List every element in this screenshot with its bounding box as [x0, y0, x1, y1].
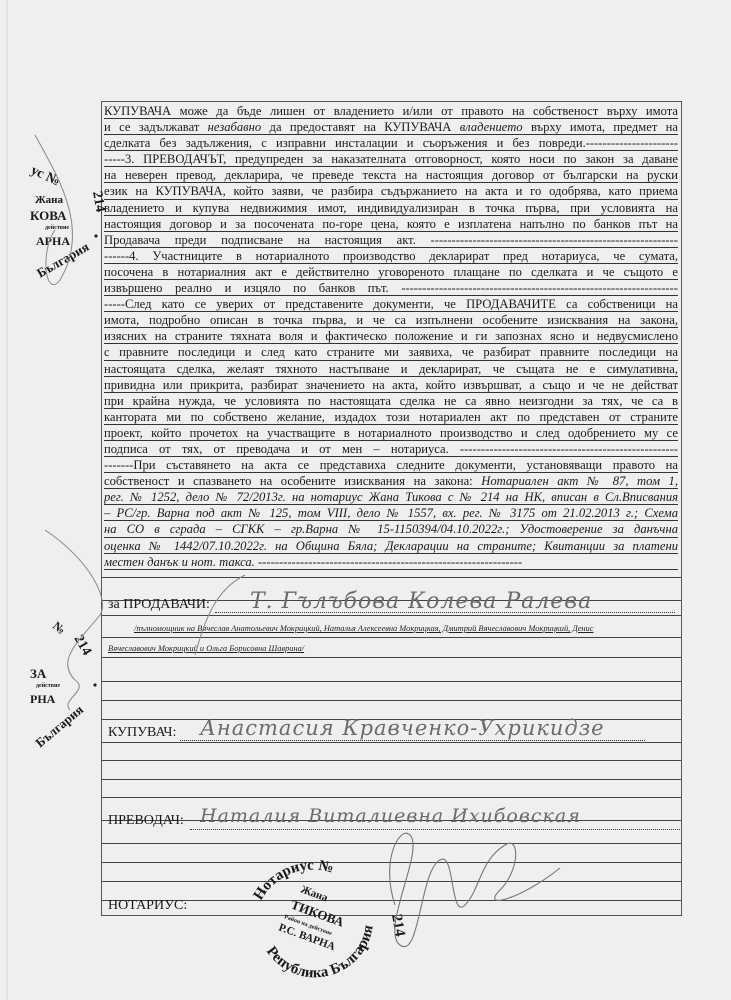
body-text-line: кантората ми по собствено желание, издад… [104, 409, 678, 425]
ruled-line [102, 657, 681, 658]
ruled-line [102, 900, 681, 901]
svg-text:ус №: ус № [28, 163, 62, 189]
ruled-line [102, 615, 681, 616]
body-text-line: език на КУПУВАЧА, който заяви, че разбир… [104, 183, 678, 199]
body-text-line: -----След като се уверих от представенит… [104, 296, 678, 312]
svg-text:Република България: Република България [263, 924, 377, 982]
translator-signature-dotted-line [190, 829, 680, 830]
body-text-line: ------4. Участниците в нотариалното прои… [104, 248, 678, 264]
notary-signature-label: НОТАРИУС: [108, 898, 187, 914]
ruled-line [102, 681, 681, 682]
svg-text:действие: действие [36, 682, 60, 689]
buyer-signature-dotted-line [180, 740, 645, 741]
body-text-line: Продавача преди подписване на настоящия … [104, 232, 678, 248]
svg-text:№: № [50, 619, 68, 637]
svg-text:214: 214 [388, 913, 408, 938]
ruled-line [102, 881, 681, 882]
ruled-line [102, 742, 681, 743]
body-text-line: имота, подробно описан в точка първа, и … [104, 312, 678, 328]
body-text-line: проект, който прочетох на участващите в … [104, 425, 678, 441]
body-text-line: – РС/гр. Варна под акт № 125, том VIII, … [104, 505, 678, 521]
side-stamp-middle: № 214 ЗА действие РНА България [30, 619, 97, 751]
body-text-line: настоящия договор и за посочената по-гор… [104, 216, 678, 232]
notarial-act-body-text: КУПУВАЧА може да бъде лишен от владениет… [104, 103, 678, 570]
body-text-line: собственост и спазването на особените из… [104, 473, 678, 489]
ruled-line [102, 637, 681, 638]
body-text-line: -------При съставянето на акта се предст… [104, 457, 678, 473]
ruled-line [102, 577, 681, 578]
body-text-line: с правните последици и след като странит… [104, 344, 678, 360]
ruled-line [102, 700, 681, 701]
ruled-line [102, 843, 681, 844]
body-text-line: местен данък и нот. такса. -------------… [104, 554, 678, 570]
svg-text:България: България [32, 702, 86, 751]
side-signature-top [35, 135, 73, 285]
svg-text:КОВА: КОВА [30, 208, 67, 223]
body-text-line: рег. № 1252, дело № 72/2013г. на нотариу… [104, 489, 678, 505]
body-text-line: оценка № 1442/07.10.2022г. на Община Бял… [104, 538, 678, 554]
sellers-proxy-note-line2: Вячеславович Мокрицкий и Ольга Борисовна… [108, 642, 680, 655]
translator-signature-label: ПРЕВОДАЧ: [108, 813, 184, 829]
svg-text:България: България [34, 239, 91, 281]
body-text-line: на СО в сграда – СГКК – гр.Варна № 15-11… [104, 521, 678, 537]
body-text-line: и се задължават незабавно да предоставят… [104, 119, 678, 135]
body-text-line: владението и купува недвижимия имот, инд… [104, 200, 678, 216]
body-text-line: на неверен превод, декларира, че преведе… [104, 167, 678, 183]
ruled-line [102, 760, 681, 761]
body-text-line: КУПУВАЧА може да бъде лишен от владениет… [104, 103, 678, 119]
svg-text:Район на действие: Район на действие [283, 913, 333, 937]
svg-text:Жана: Жана [35, 194, 63, 206]
sellers-signature-label: за ПРОДАВАЧИ: [108, 597, 210, 613]
body-text-line: сделката без задължения, с изправни инст… [104, 135, 678, 151]
body-text-line: извършено реално и изцяло по банков път.… [104, 280, 678, 296]
page-edge [6, 0, 8, 1000]
side-signature-middle [45, 530, 103, 710]
sellers-proxy-note-line1: /пълномощник на Вячеслав Анатольевич Мок… [108, 622, 680, 635]
body-text-line: настоящата сделка, желаят тяхното настъп… [104, 361, 678, 377]
sellers-handwritten-name: Т. Гълъбова Колева Ралева [250, 589, 592, 614]
ruled-line [102, 779, 681, 780]
body-text-line: -----3. ПРЕВОДАЧЪТ, предупреден за наказ… [104, 151, 678, 167]
svg-text:Р.С. ВАРНА: Р.С. ВАРНА [277, 922, 337, 954]
body-text-line: привидна или прикрита, разбират значение… [104, 377, 678, 393]
svg-text:действие: действие [45, 224, 69, 231]
body-text-line: изясних на страните тяхната воля и факти… [104, 328, 678, 344]
buyer-signature-label: КУПУВАЧ: [108, 725, 176, 741]
body-text-line: подписа от тях, от преводача и от мен – … [104, 441, 678, 457]
body-text-line: при крайна нужда, че условията по настоя… [104, 393, 678, 409]
svg-text:АРНА: АРНА [36, 234, 70, 248]
buyer-handwritten-name: Анастасия Кравченко-Ухрикидзе [200, 716, 605, 740]
ruled-line [102, 862, 681, 863]
body-text-line: посочена в нотариалния акт е действителн… [104, 264, 678, 280]
svg-text:214: 214 [71, 633, 94, 659]
translator-handwritten-name: Наталия Виталиевна Ихибовская [200, 805, 581, 827]
svg-text:ЗА: ЗА [30, 666, 47, 681]
svg-text:РНА: РНА [30, 692, 56, 706]
ruled-line [102, 797, 681, 798]
side-stamp-top: ус № Жана КОВА действие АРНА 214 Българи… [28, 163, 107, 281]
